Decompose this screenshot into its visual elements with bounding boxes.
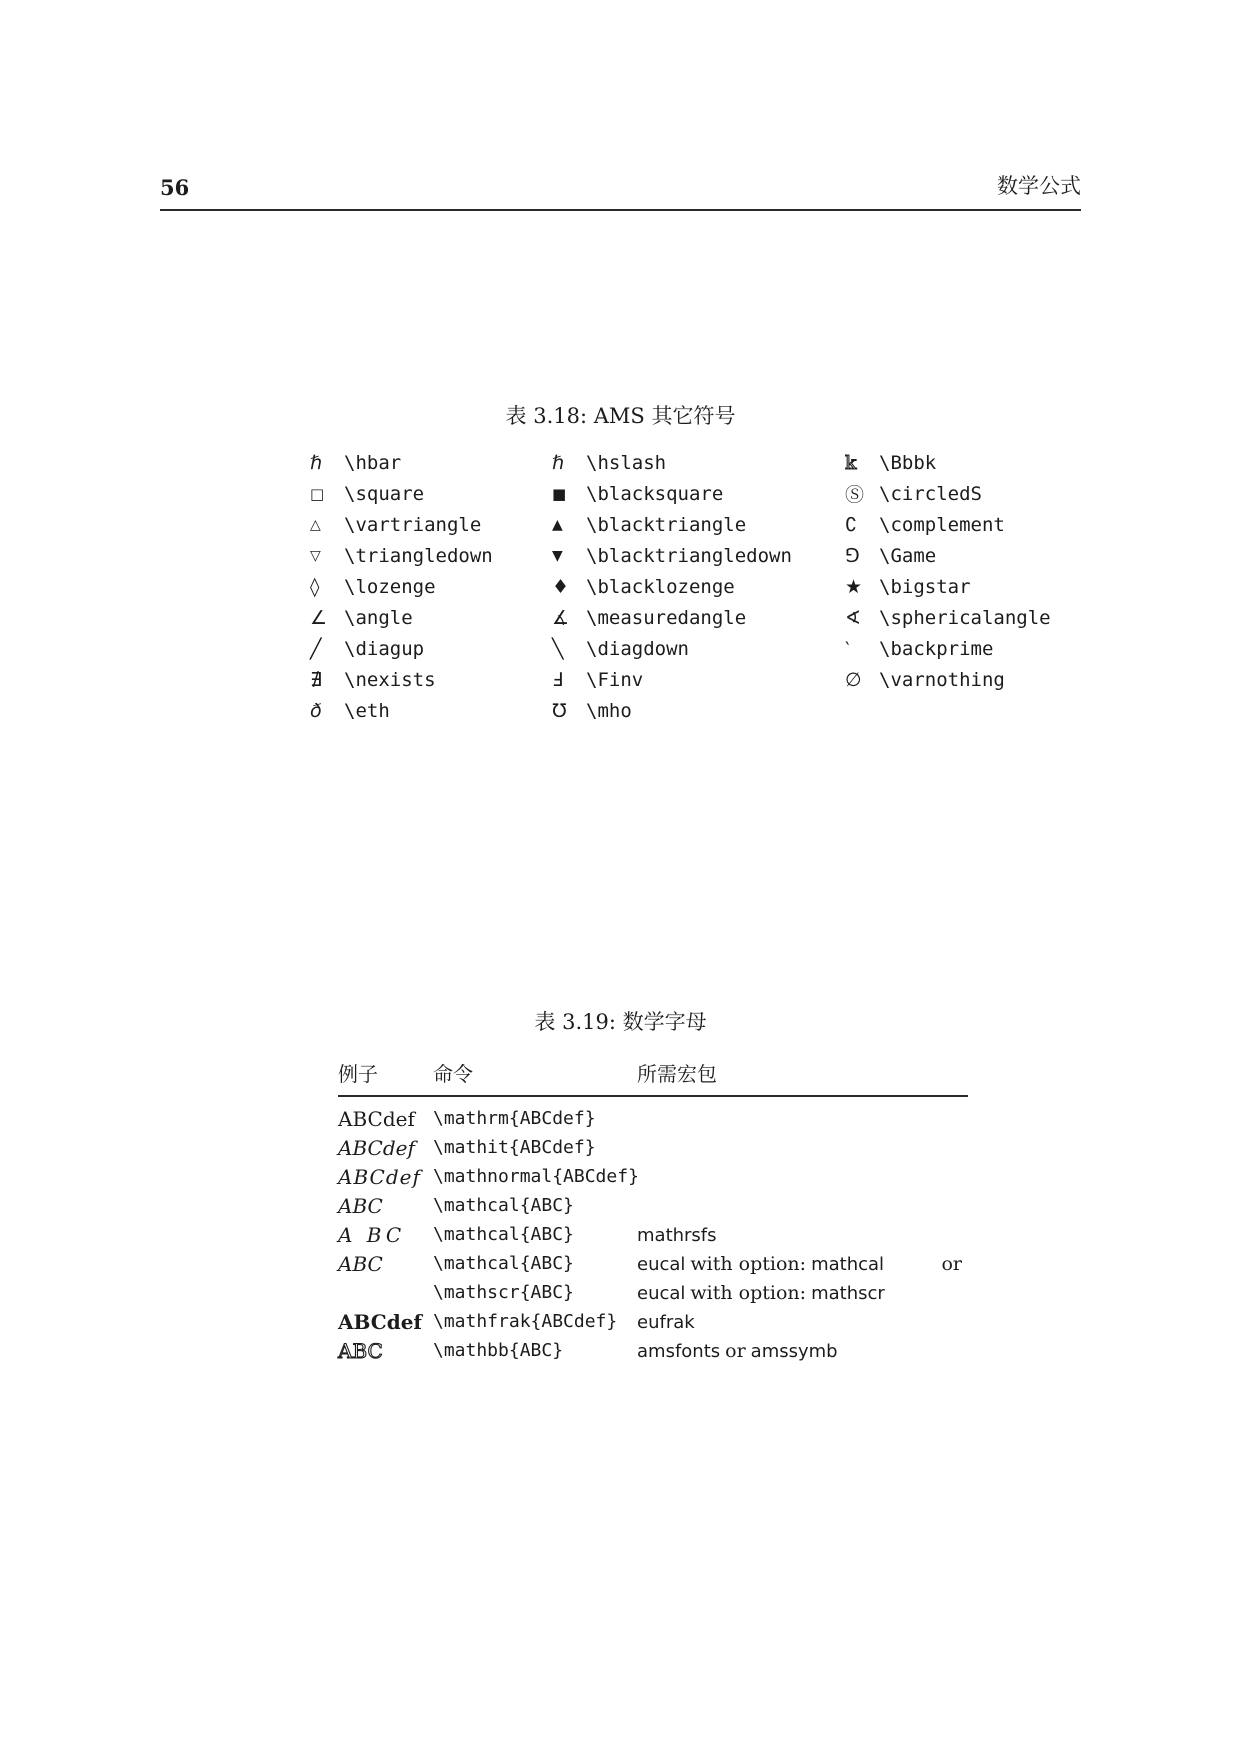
latex-command: \Game — [879, 545, 1100, 567]
symbol-glyph: ■ — [552, 485, 586, 503]
package-name: eucal — [637, 1283, 685, 1304]
table-row: ◊ \lozenge ♦ \blacklozenge ★ \bigstar — [310, 571, 1100, 602]
symbol-glyph: Ⅎ — [552, 669, 586, 691]
latex-command: \vartriangle — [344, 514, 552, 536]
latex-command: \blacktriangledown — [586, 545, 845, 567]
table-row: \mathscr{ABC} eucalwith option:mathscr — [338, 1278, 968, 1307]
latex-command: \triangledown — [344, 545, 552, 567]
column-header-command: 命令 — [433, 1058, 637, 1087]
latex-command: \circledS — [879, 483, 1100, 505]
package-name: eucal — [637, 1254, 685, 1275]
symbol-glyph: ∄ — [310, 669, 344, 691]
spacer — [338, 1097, 968, 1104]
example-text: ABCdef — [338, 1107, 433, 1131]
table-row: ABC \mathcal{ABC} — [338, 1191, 968, 1220]
table-row: ABCdef \mathnormal{ABCdef} — [338, 1162, 968, 1191]
page-number: 56 — [160, 175, 189, 200]
table-row: ℏ \hbar ℏ \hslash k \Bbbk — [310, 447, 1100, 478]
example-text: ABC — [338, 1339, 433, 1363]
package-or-note: or — [941, 1253, 962, 1275]
symbol-glyph: ‵ — [845, 638, 879, 660]
latex-command: \complement — [879, 514, 1100, 536]
table-row: ∠ \angle ∡ \measuredangle ∢ \sphericalan… — [310, 602, 1100, 633]
column-header-example: 例子 — [338, 1058, 433, 1087]
symbol-glyph: ♦ — [552, 576, 586, 598]
example-text: ABCdef — [338, 1310, 433, 1334]
latex-command: \mathit{ABCdef} — [433, 1137, 637, 1158]
package-cell — [637, 1137, 968, 1159]
package-cell: eucalwith option:mathcalor — [637, 1253, 968, 1275]
latex-command: \hbar — [344, 452, 552, 474]
symbol-glyph: ╱ — [310, 638, 344, 660]
table-row: ∄ \nexists Ⅎ \Finv ∅ \varnothing — [310, 664, 1100, 695]
package-cell — [637, 1108, 968, 1130]
latex-command: \blacksquare — [586, 483, 845, 505]
package-cell: eufrak — [637, 1311, 968, 1333]
symbol-glyph: ∢ — [845, 607, 879, 629]
table-row: ▽ \triangledown ▼ \blacktriangledown ⅁ \… — [310, 540, 1100, 571]
symbol-glyph: ╲ — [552, 638, 586, 660]
package-name: eufrak — [637, 1312, 695, 1333]
latex-command: \backprime — [879, 638, 1100, 660]
latex-command: \varnothing — [879, 669, 1100, 691]
table-row: ABCdef \mathrm{ABCdef} — [338, 1104, 968, 1133]
latex-command: \mathnormal{ABCdef} — [433, 1166, 637, 1187]
table-row: □ \square ■ \blacksquare Ⓢ \circledS — [310, 478, 1100, 509]
package-note: with option: — [690, 1282, 806, 1304]
package-name: mathcal — [811, 1254, 884, 1275]
table-row: ABCdef \mathfrak{ABCdef} eufrak — [338, 1307, 968, 1336]
latex-command: \mathcal{ABC} — [433, 1224, 637, 1245]
latex-command: \measuredangle — [586, 607, 845, 629]
latex-command: \diagdown — [586, 638, 845, 660]
page-header: 56 数学公式 — [160, 170, 1081, 211]
table-row: A BC \mathcal{ABC} mathrsfs — [338, 1220, 968, 1249]
example-text: ABC — [338, 1252, 433, 1276]
symbol-glyph: k — [845, 452, 879, 474]
symbol-glyph: ▲ — [552, 517, 586, 533]
latex-command: \Bbbk — [879, 452, 1100, 474]
document-page: 56 数学公式 表 3.18: AMS 其它符号 ℏ \hbar ℏ \hsla… — [0, 0, 1241, 1754]
symbol-glyph: ★ — [845, 576, 879, 598]
symbol-glyph: ∁ — [845, 514, 879, 536]
symbol-glyph: ▼ — [552, 548, 586, 564]
table-row: △ \vartriangle ▲ \blacktriangle ∁ \compl… — [310, 509, 1100, 540]
latex-command: \angle — [344, 607, 552, 629]
symbol-glyph: ◊ — [310, 576, 344, 598]
package-cell — [637, 1195, 968, 1217]
package-name: amsfonts — [637, 1341, 720, 1362]
table-row: ABCdef \mathit{ABCdef} — [338, 1133, 968, 1162]
table-318: ℏ \hbar ℏ \hslash k \Bbbk □ \square ■ \b… — [310, 447, 1100, 726]
latex-command: \nexists — [344, 669, 552, 691]
latex-command: \blacktriangle — [586, 514, 845, 536]
package-cell: eucalwith option:mathscr — [637, 1282, 968, 1304]
latex-command: \mathscr{ABC} — [433, 1282, 637, 1303]
latex-command: \mathcal{ABC} — [433, 1253, 637, 1274]
latex-command: \hslash — [586, 452, 845, 474]
table-row: ð \eth ℧ \mho — [310, 695, 1100, 726]
latex-command: \eth — [344, 700, 552, 722]
latex-command: \sphericalangle — [879, 607, 1100, 629]
latex-command: \square — [344, 483, 552, 505]
example-text: ABCdef — [338, 1136, 433, 1160]
latex-command: \bigstar — [879, 576, 1100, 598]
package-name: mathscr — [811, 1283, 885, 1304]
latex-command: \Finv — [586, 669, 845, 691]
latex-command: \mathbb{ABC} — [433, 1340, 637, 1361]
symbol-glyph: ∡ — [552, 607, 586, 629]
package-cell: mathrsfs — [637, 1224, 968, 1246]
latex-command: \mathfrak{ABCdef} — [433, 1311, 637, 1332]
latex-command: \mathcal{ABC} — [433, 1195, 637, 1216]
symbol-glyph: ⅁ — [845, 545, 879, 567]
example-text: ABC — [338, 1194, 433, 1218]
table-319: 例子 命令 所需宏包 ABCdef \mathrm{ABCdef} ABCdef… — [338, 1058, 968, 1365]
symbol-glyph: Ⓢ — [845, 480, 879, 507]
package-note: or — [725, 1340, 746, 1362]
table-319-caption: 表 3.19: 数学字母 — [160, 1006, 1081, 1036]
latex-command: \mho — [586, 700, 845, 722]
example-text: ABCdef — [338, 1165, 433, 1189]
package-name: mathrsfs — [637, 1225, 717, 1246]
example-text: A BC — [338, 1223, 433, 1247]
latex-command: \blacklozenge — [586, 576, 845, 598]
symbol-glyph: ▽ — [310, 548, 344, 564]
symbol-glyph: △ — [310, 517, 344, 533]
running-header-title: 数学公式 — [997, 170, 1081, 200]
table-row: ╱ \diagup ╲ \diagdown ‵ \backprime — [310, 633, 1100, 664]
latex-command: \diagup — [344, 638, 552, 660]
symbol-glyph: ℏ — [552, 452, 586, 474]
table-row: ABC \mathbb{ABC} amsfontsoramssymb — [338, 1336, 968, 1365]
symbol-glyph: ℏ — [310, 452, 344, 474]
package-note: with option: — [690, 1253, 806, 1275]
symbol-glyph: ∠ — [310, 607, 344, 629]
column-header-package: 所需宏包 — [637, 1058, 968, 1087]
package-name: amssymb — [751, 1341, 838, 1362]
symbol-glyph: □ — [310, 485, 344, 503]
package-cell: amsfontsoramssymb — [637, 1340, 968, 1362]
latex-command: \mathrm{ABCdef} — [433, 1108, 637, 1129]
symbol-glyph: ℧ — [552, 700, 586, 722]
symbol-glyph: ð — [310, 700, 344, 722]
table-row: ABC \mathcal{ABC} eucalwith option:mathc… — [338, 1249, 968, 1278]
table-318-caption: 表 3.18: AMS 其它符号 — [160, 400, 1081, 430]
table-header-row: 例子 命令 所需宏包 — [338, 1058, 968, 1097]
latex-command: \lozenge — [344, 576, 552, 598]
package-cell — [637, 1166, 968, 1188]
symbol-glyph: ∅ — [845, 669, 879, 691]
